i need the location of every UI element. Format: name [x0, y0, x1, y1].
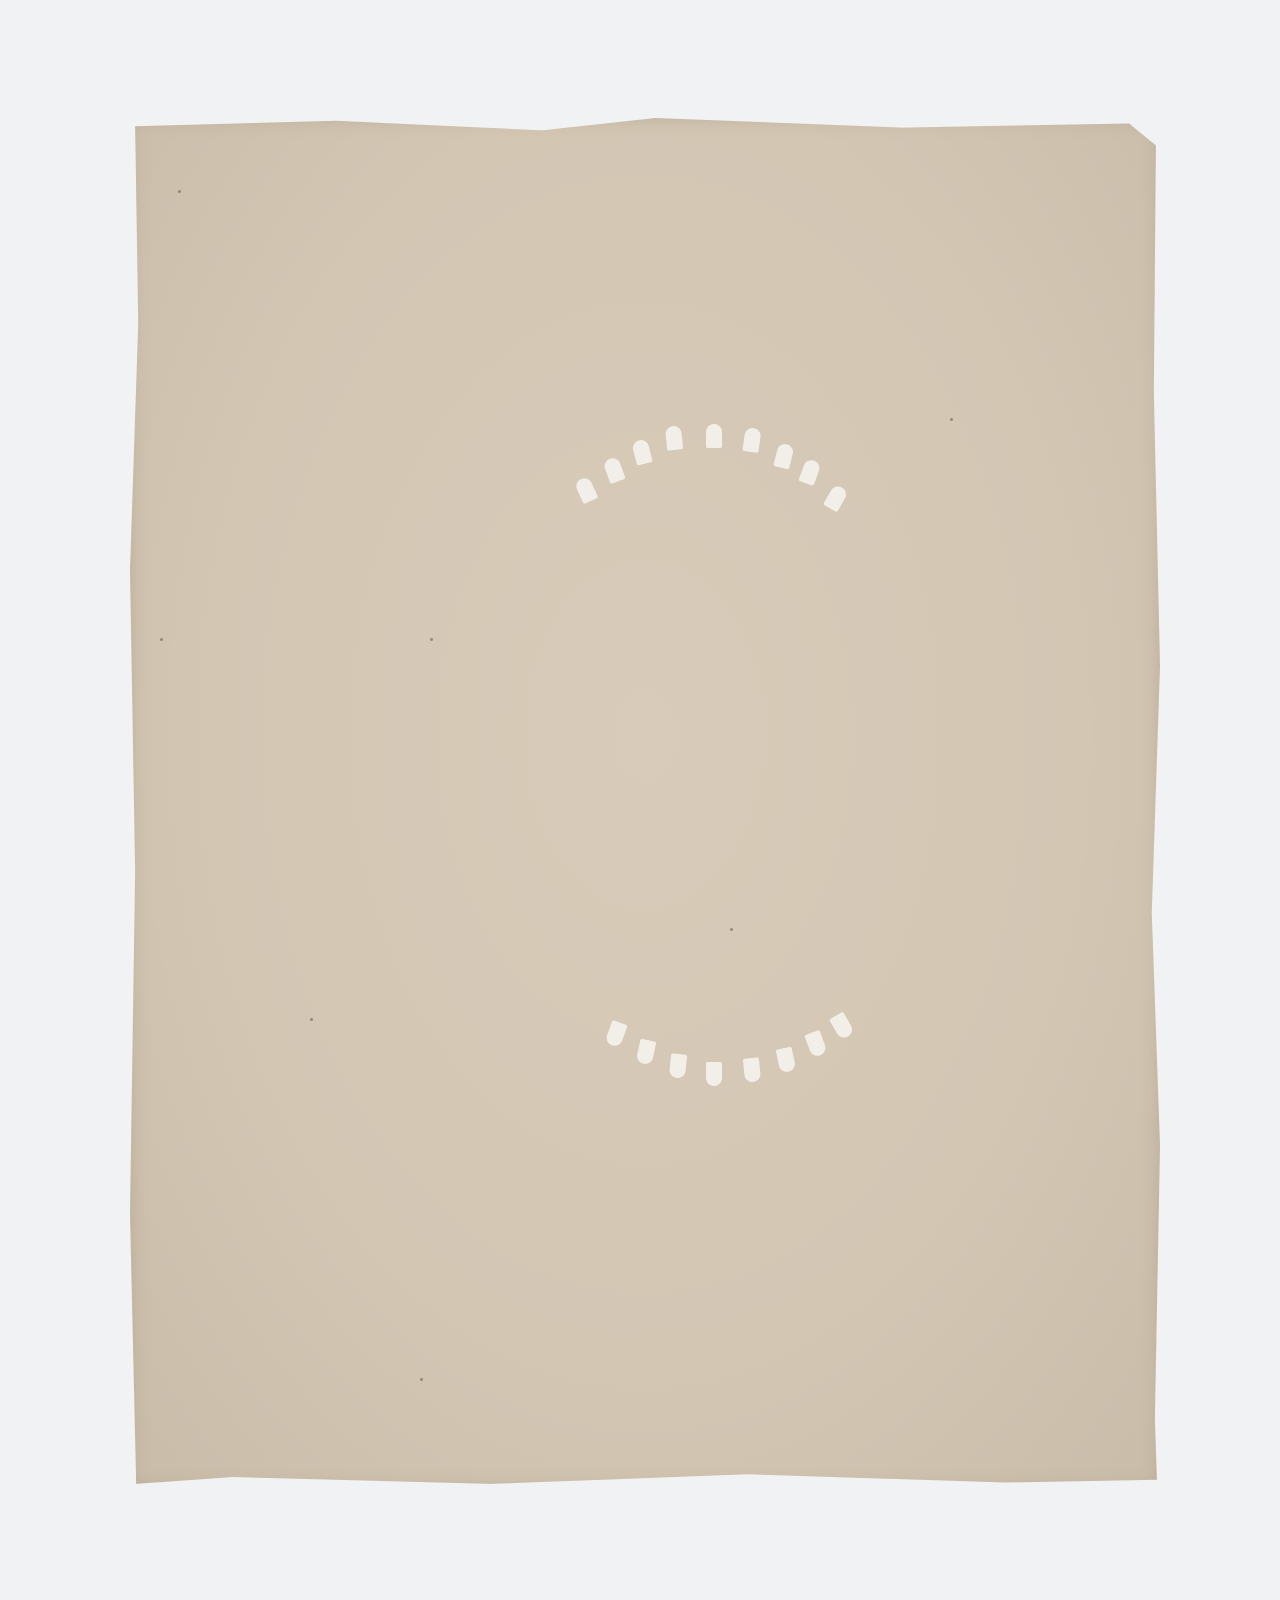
paper-speck	[730, 928, 733, 931]
paper-speck	[950, 418, 953, 421]
paper-speck	[160, 638, 163, 641]
white-mark	[665, 425, 683, 451]
paper-speck	[420, 1378, 423, 1381]
white-mark	[742, 427, 761, 453]
white-mark	[743, 1057, 761, 1083]
handmade-paper-sheet	[130, 118, 1160, 1488]
white-mark	[706, 424, 722, 448]
paper-speck	[178, 190, 181, 193]
paper-speck	[430, 638, 433, 641]
white-mark	[706, 1062, 722, 1086]
paper-speck	[310, 1018, 313, 1021]
